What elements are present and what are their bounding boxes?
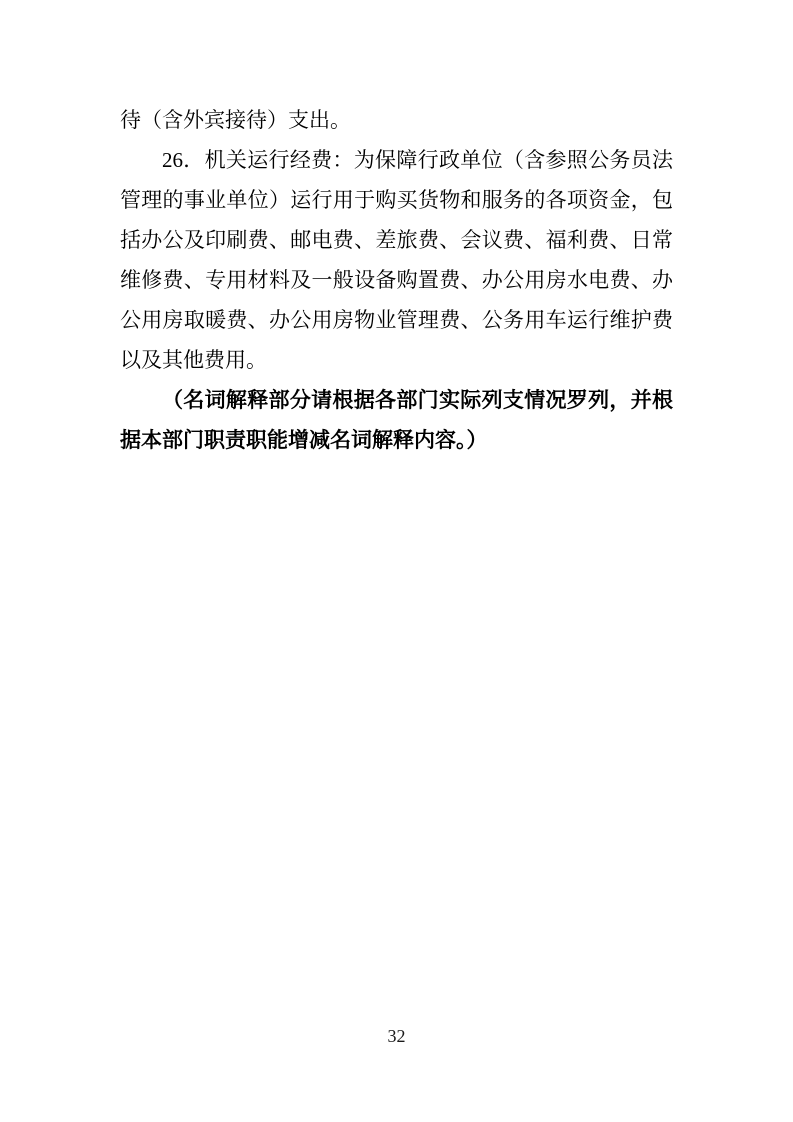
text-line: 管理的事业单位）运行用于购买货物和服务的各项资金，包 <box>120 180 673 220</box>
page-number: 32 <box>0 1026 793 1046</box>
text-line: （名词解释部分请根据各部门实际列支情况罗列，并根 <box>120 380 673 420</box>
text-line: 以及其他费用。 <box>120 340 673 380</box>
text-line: 据本部门职责职能增减名词解释内容。） <box>120 420 673 460</box>
text-line: 括办公及印刷费、邮电费、差旅费、会议费、福利费、日常 <box>120 220 673 260</box>
text-line: 公用房取暖费、办公用房物业管理费、公务用车运行维护费 <box>120 300 673 340</box>
text-line: 维修费、专用材料及一般设备购置费、办公用房水电费、办 <box>120 260 673 300</box>
body-text: 待（含外宾接待）支出。26．机关运行经费：为保障行政单位（含参照公务员法管理的事… <box>120 100 673 460</box>
text-line: 待（含外宾接待）支出。 <box>120 100 673 140</box>
document-page: 待（含外宾接待）支出。26．机关运行经费：为保障行政单位（含参照公务员法管理的事… <box>0 0 793 1122</box>
text-line: 26．机关运行经费：为保障行政单位（含参照公务员法 <box>120 140 673 180</box>
